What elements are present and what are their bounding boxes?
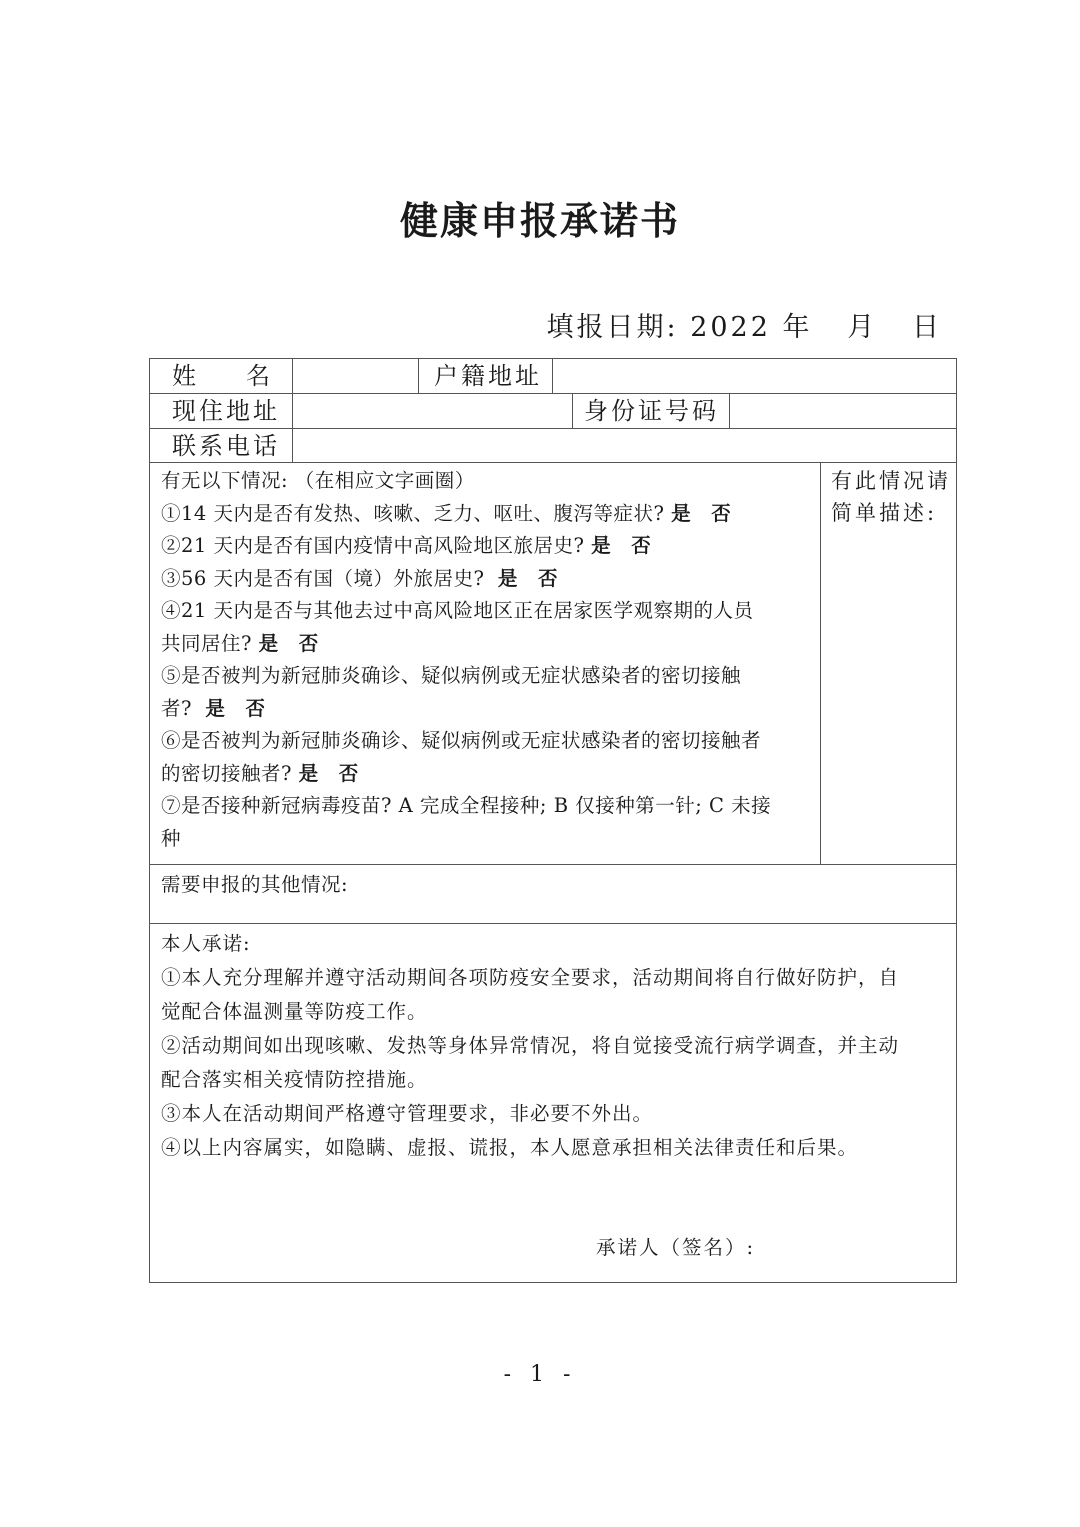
situations-list: 有无以下情况: （在相应文字画圈） ①14 天内是否有发热、咳嗽、乏力、呕吐、腹…: [161, 465, 816, 855]
hukou-label: 户籍地址: [434, 359, 542, 393]
signature-label: 承诺人（签名）:: [596, 1232, 755, 1260]
address-field[interactable]: [294, 394, 570, 427]
answer-yes[interactable]: 是: [671, 502, 691, 525]
health-declaration-form: 姓 名 户籍地址 现住地址 身份证号码 联系电话 有无以下情况: （在相应文字画…: [149, 358, 957, 1283]
name-label-char: 名: [246, 359, 270, 393]
name-label: 姓 名: [172, 359, 270, 393]
other-situations-field[interactable]: [152, 899, 952, 921]
row-divider: [150, 923, 956, 924]
answer-yes[interactable]: 是: [259, 632, 279, 655]
col-divider: [729, 393, 730, 428]
pledge-1-line-2: 觉配合体温测量等防疫工作。: [161, 995, 951, 1029]
hukou-field[interactable]: [554, 359, 954, 392]
phone-field[interactable]: [294, 429, 954, 461]
answer-yes[interactable]: 是: [299, 762, 319, 785]
question-3: ③56 天内是否有国（境）外旅居史? 是 否: [161, 563, 816, 596]
col-divider: [292, 359, 293, 462]
col-divider: [552, 359, 553, 393]
describe-label-line: 有此情况请: [831, 465, 951, 497]
answer-no[interactable]: 否: [711, 502, 731, 525]
name-field[interactable]: [294, 359, 416, 392]
question-7-line-1: ⑦是否接种新冠病毒疫苗? A 完成全程接种; B 仅接种第一针; C 未接: [161, 790, 816, 823]
pledge-section: 本人承诺: ①本人充分理解并遵守活动期间各项防疫安全要求，活动期间将自行做好防护…: [161, 927, 951, 1165]
situations-header: 有无以下情况: （在相应文字画圈）: [161, 465, 816, 498]
answer-no[interactable]: 否: [339, 762, 359, 785]
page-number: - 1 -: [0, 1362, 1080, 1387]
id-number-field[interactable]: [731, 394, 954, 427]
row-divider: [150, 864, 956, 865]
document-title: 健康申报承诺书: [0, 190, 1080, 245]
other-situations-label: 需要申报的其他情况:: [161, 869, 348, 902]
answer-no[interactable]: 否: [631, 534, 651, 557]
question-6-line-1: ⑥是否被判为新冠肺炎确诊、疑似病例或无症状感染者的密切接触者: [161, 725, 816, 758]
pledge-header: 本人承诺:: [161, 927, 951, 961]
address-label: 现住地址: [172, 394, 280, 428]
answer-yes[interactable]: 是: [205, 697, 225, 720]
question-text: 者?: [161, 697, 192, 720]
question-text: 共同居住?: [161, 632, 252, 655]
describe-label: 有此情况请 简单描述:: [831, 465, 951, 529]
answer-no[interactable]: 否: [538, 567, 558, 590]
col-divider: [820, 462, 821, 864]
question-5-line-1: ⑤是否被判为新冠肺炎确诊、疑似病例或无症状感染者的密切接触: [161, 660, 816, 693]
question-1: ①14 天内是否有发热、咳嗽、乏力、呕吐、腹泻等症状? 是 否: [161, 498, 816, 531]
pledge-4: ④以上内容属实，如隐瞒、虚报、谎报，本人愿意承担相关法律责任和后果。: [161, 1131, 951, 1165]
pledge-2-line-2: 配合落实相关疫情防控措施。: [161, 1063, 951, 1097]
question-6-line-2: 的密切接触者? 是 否: [161, 758, 816, 791]
answer-yes[interactable]: 是: [498, 567, 518, 590]
fill-date: 填报日期: 2022 年 月 日: [547, 305, 942, 344]
id-number-label: 身份证号码: [584, 394, 719, 428]
pledge-1-line-1: ①本人充分理解并遵守活动期间各项防疫安全要求，活动期间将自行做好防护，自: [161, 961, 951, 995]
col-divider: [418, 359, 419, 393]
pledge-2-line-1: ②活动期间如出现咳嗽、发热等身体异常情况，将自觉接受流行病学调查，并主动: [161, 1029, 951, 1063]
answer-no[interactable]: 否: [246, 697, 266, 720]
describe-label-line: 简单描述:: [831, 497, 951, 529]
question-text: ②21 天内是否有国内疫情中高风险地区旅居史?: [161, 534, 584, 557]
question-4-line-1: ④21 天内是否与其他去过中高风险地区正在居家医学观察期的人员: [161, 595, 816, 628]
pledge-3: ③本人在活动期间严格遵守管理要求，非必要不外出。: [161, 1097, 951, 1131]
phone-label: 联系电话: [172, 429, 280, 463]
signature-field[interactable]: [762, 1227, 942, 1261]
describe-field[interactable]: [823, 531, 954, 861]
question-text: 的密切接触者?: [161, 762, 292, 785]
answer-yes[interactable]: 是: [591, 534, 611, 557]
name-label-char: 姓: [172, 359, 196, 393]
answer-no[interactable]: 否: [299, 632, 319, 655]
col-divider: [572, 393, 573, 428]
question-text: ①14 天内是否有发热、咳嗽、乏力、呕吐、腹泻等症状?: [161, 502, 664, 525]
question-5-line-2: 者? 是 否: [161, 693, 816, 726]
question-4-line-2: 共同居住? 是 否: [161, 628, 816, 661]
question-7-line-2: 种: [161, 823, 816, 856]
question-2: ②21 天内是否有国内疫情中高风险地区旅居史? 是 否: [161, 530, 816, 563]
question-text: ③56 天内是否有国（境）外旅居史?: [161, 567, 484, 590]
